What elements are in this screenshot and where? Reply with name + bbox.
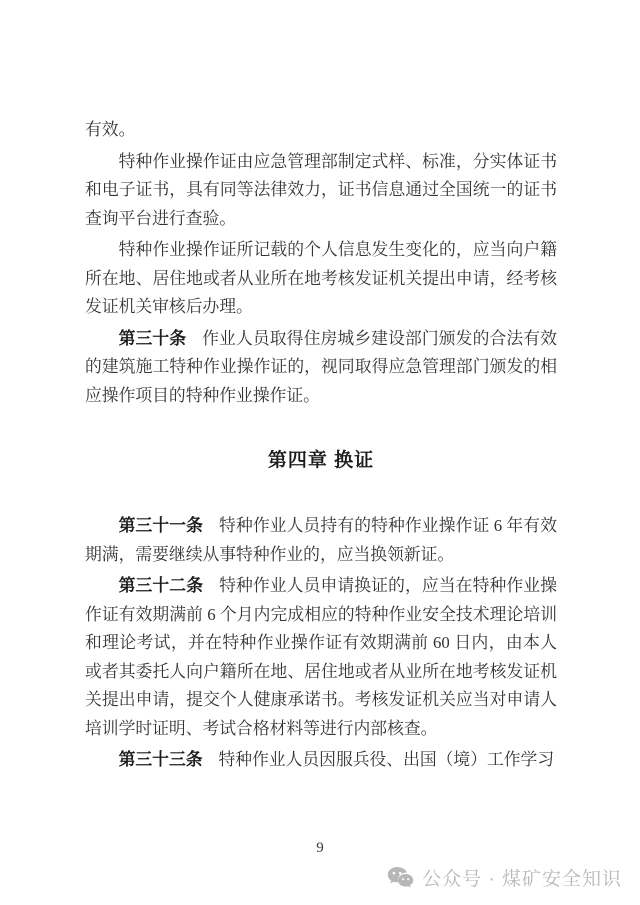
article-paragraph: 第三十一条特种作业人员持有的特种作业操作证 6 年有效期满，需要继续从事特种作业… [85,512,557,569]
document-page: 有效。 特种作业操作证由应急管理部制定式样、标准，分实体证书和电子证书，具有同等… [0,0,640,905]
paragraph: 特种作业操作证由应急管理部制定式样、标准，分实体证书和电子证书，具有同等法律效力… [85,148,557,234]
page-body: 有效。 特种作业操作证由应急管理部制定式样、标准，分实体证书和电子证书，具有同等… [85,116,557,778]
article-number-label: 第三十一条 [119,516,204,535]
article-number-label: 第三十三条 [119,750,203,769]
article-number-label: 第三十二条 [119,576,204,595]
article-text: 特种作业人员因服兵役、出国（境）工作学习 [218,750,554,769]
paragraph-continuation: 有效。 [85,116,557,145]
paragraph: 特种作业操作证所记载的个人信息发生变化的，应当向户籍所在地、居住地或者从业所在地… [85,236,557,322]
wechat-icon [387,866,414,889]
article-paragraph: 第三十二条特种作业人员申请换证的，应当在特种作业操作证有效期满前 6 个月内完成… [85,572,557,743]
article-paragraph: 第三十条作业人员取得住房城乡建设部门颁发的合法有效的建筑施工特种作业操作证的，视… [85,325,557,411]
watermark-footer: 公众号 · 煤矿安全知识 [387,864,622,891]
article-paragraph: 第三十三条特种作业人员因服兵役、出国（境）工作学习 [85,746,557,775]
chapter-heading: 第四章 换证 [85,446,557,476]
page-number: 9 [0,840,640,857]
article-number-label: 第三十条 [119,329,187,348]
article-text: 特种作业人员申请换证的，应当在特种作业操作证有效期满前 6 个月内完成相应的特种… [85,576,557,738]
watermark-text: 公众号 · 煤矿安全知识 [422,864,622,891]
